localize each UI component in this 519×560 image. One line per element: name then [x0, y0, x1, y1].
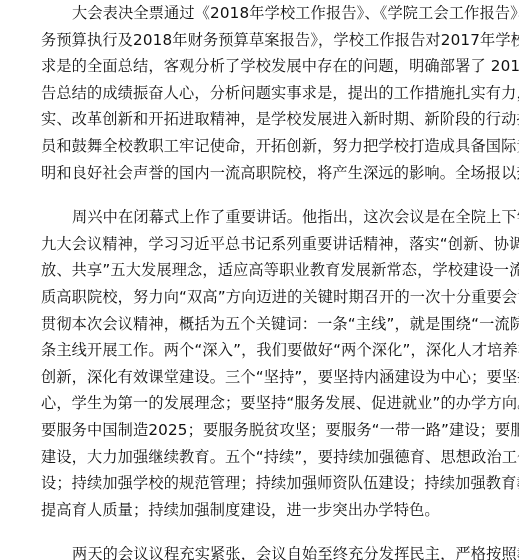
- text-line: 周兴中在闭幕式上作了重要讲话。他指出，这次会议是在全院上下学习贯彻党的十: [11, 204, 511, 231]
- text-line: 建设，大力加强继续教育。五个“持续”，要持续加强德育、思想政治工作和党的建: [11, 444, 511, 471]
- text-line: 大会表决全票通过《2018年学校工作报告》、《学院工会工作报告》、《2017年财: [11, 0, 511, 27]
- text-line: 求是的全面总结，客观分析了学校发展中存在的问题，明确部署了 2018 年的工作。…: [11, 53, 511, 80]
- paragraph-spacer: [11, 186, 511, 204]
- text-line: 两天的会议议程充实紧张，会议自始至终充分发挥民主，严格按照教代会章程执: [11, 541, 511, 560]
- text-line: 质高职院校，努力向“双高”方向迈进的关键时期召开的一次十分重要会议。他就如何: [11, 284, 511, 311]
- text-line: 设；持续加强学校的规范管理；持续加强师资队伍建设；持续加强教育教学改革，不断: [11, 470, 511, 497]
- text-line: 务预算执行及2018年财务预算草案报告》，学校工作报告对2017年学校工作进行了…: [11, 27, 511, 54]
- text-line: 九大会议精神，学习习近平总书记系列重要讲话精神，落实“创新、协调、绿色、开: [11, 231, 511, 258]
- text-line: 明和良好社会声誉的国内一流高职院校，将产生深远的影响。全场报以热烈的掌声。: [11, 160, 511, 187]
- text-line: 创新，深化有效课堂建设。三个“坚持”，要坚持内涵建设为中心；要坚持以教学为中: [11, 364, 511, 391]
- paragraph-spacer: [11, 523, 511, 541]
- text-line: 条主线开展工作。两个“深入”，我们要做好“两个深化”，深化人才培养模式改革与: [11, 337, 511, 364]
- text-line: 贯彻本次会议精神，概括为五个关键词：一条“主线”，就是围绕“一流院校建设”这: [11, 311, 511, 338]
- text-line: 心，学生为第一的发展理念；要坚持“服务发展、促进就业”的办学方向。四个服务，: [11, 390, 511, 417]
- text-line: 提高育人质量；持续加强制度建设，进一步突出办学特色。: [11, 497, 511, 524]
- text-line: 告总结的成绩振奋人心，分析问题实事求是，提出的工作措施扎实有力，体现了求真务: [11, 80, 511, 107]
- paragraph-meeting-agenda: 两天的会议议程充实紧张，会议自始至终充分发挥民主，严格按照教代会章程执: [11, 541, 511, 560]
- text-line: 员和鼓舞全校教职工牢记使命，开拓创新，努力把学校打造成具备国际竞争力、特色鲜: [11, 133, 511, 160]
- text-line: 放、共享”五大发展理念，适应高等职业教育发展新常态，学校建设一流高职院校、优: [11, 257, 511, 284]
- paragraph-closing-speech: 周兴中在闭幕式上作了重要讲话。他指出，这次会议是在全院上下学习贯彻党的十 九大会…: [11, 204, 511, 523]
- text-line: 实、改革创新和开拓进取精神，是学校发展进入新时期、新阶段的行动指南。报告对动: [11, 106, 511, 133]
- text-line: 要服务中国制造2025；要服务脱贫攻坚；要服务“一带一路”建设；要服务学习型社会: [11, 417, 511, 444]
- article-body: 大会表决全票通过《2018年学校工作报告》、《学院工会工作报告》、《2017年财…: [11, 0, 511, 560]
- paragraph-report-approval: 大会表决全票通过《2018年学校工作报告》、《学院工会工作报告》、《2017年财…: [11, 0, 511, 186]
